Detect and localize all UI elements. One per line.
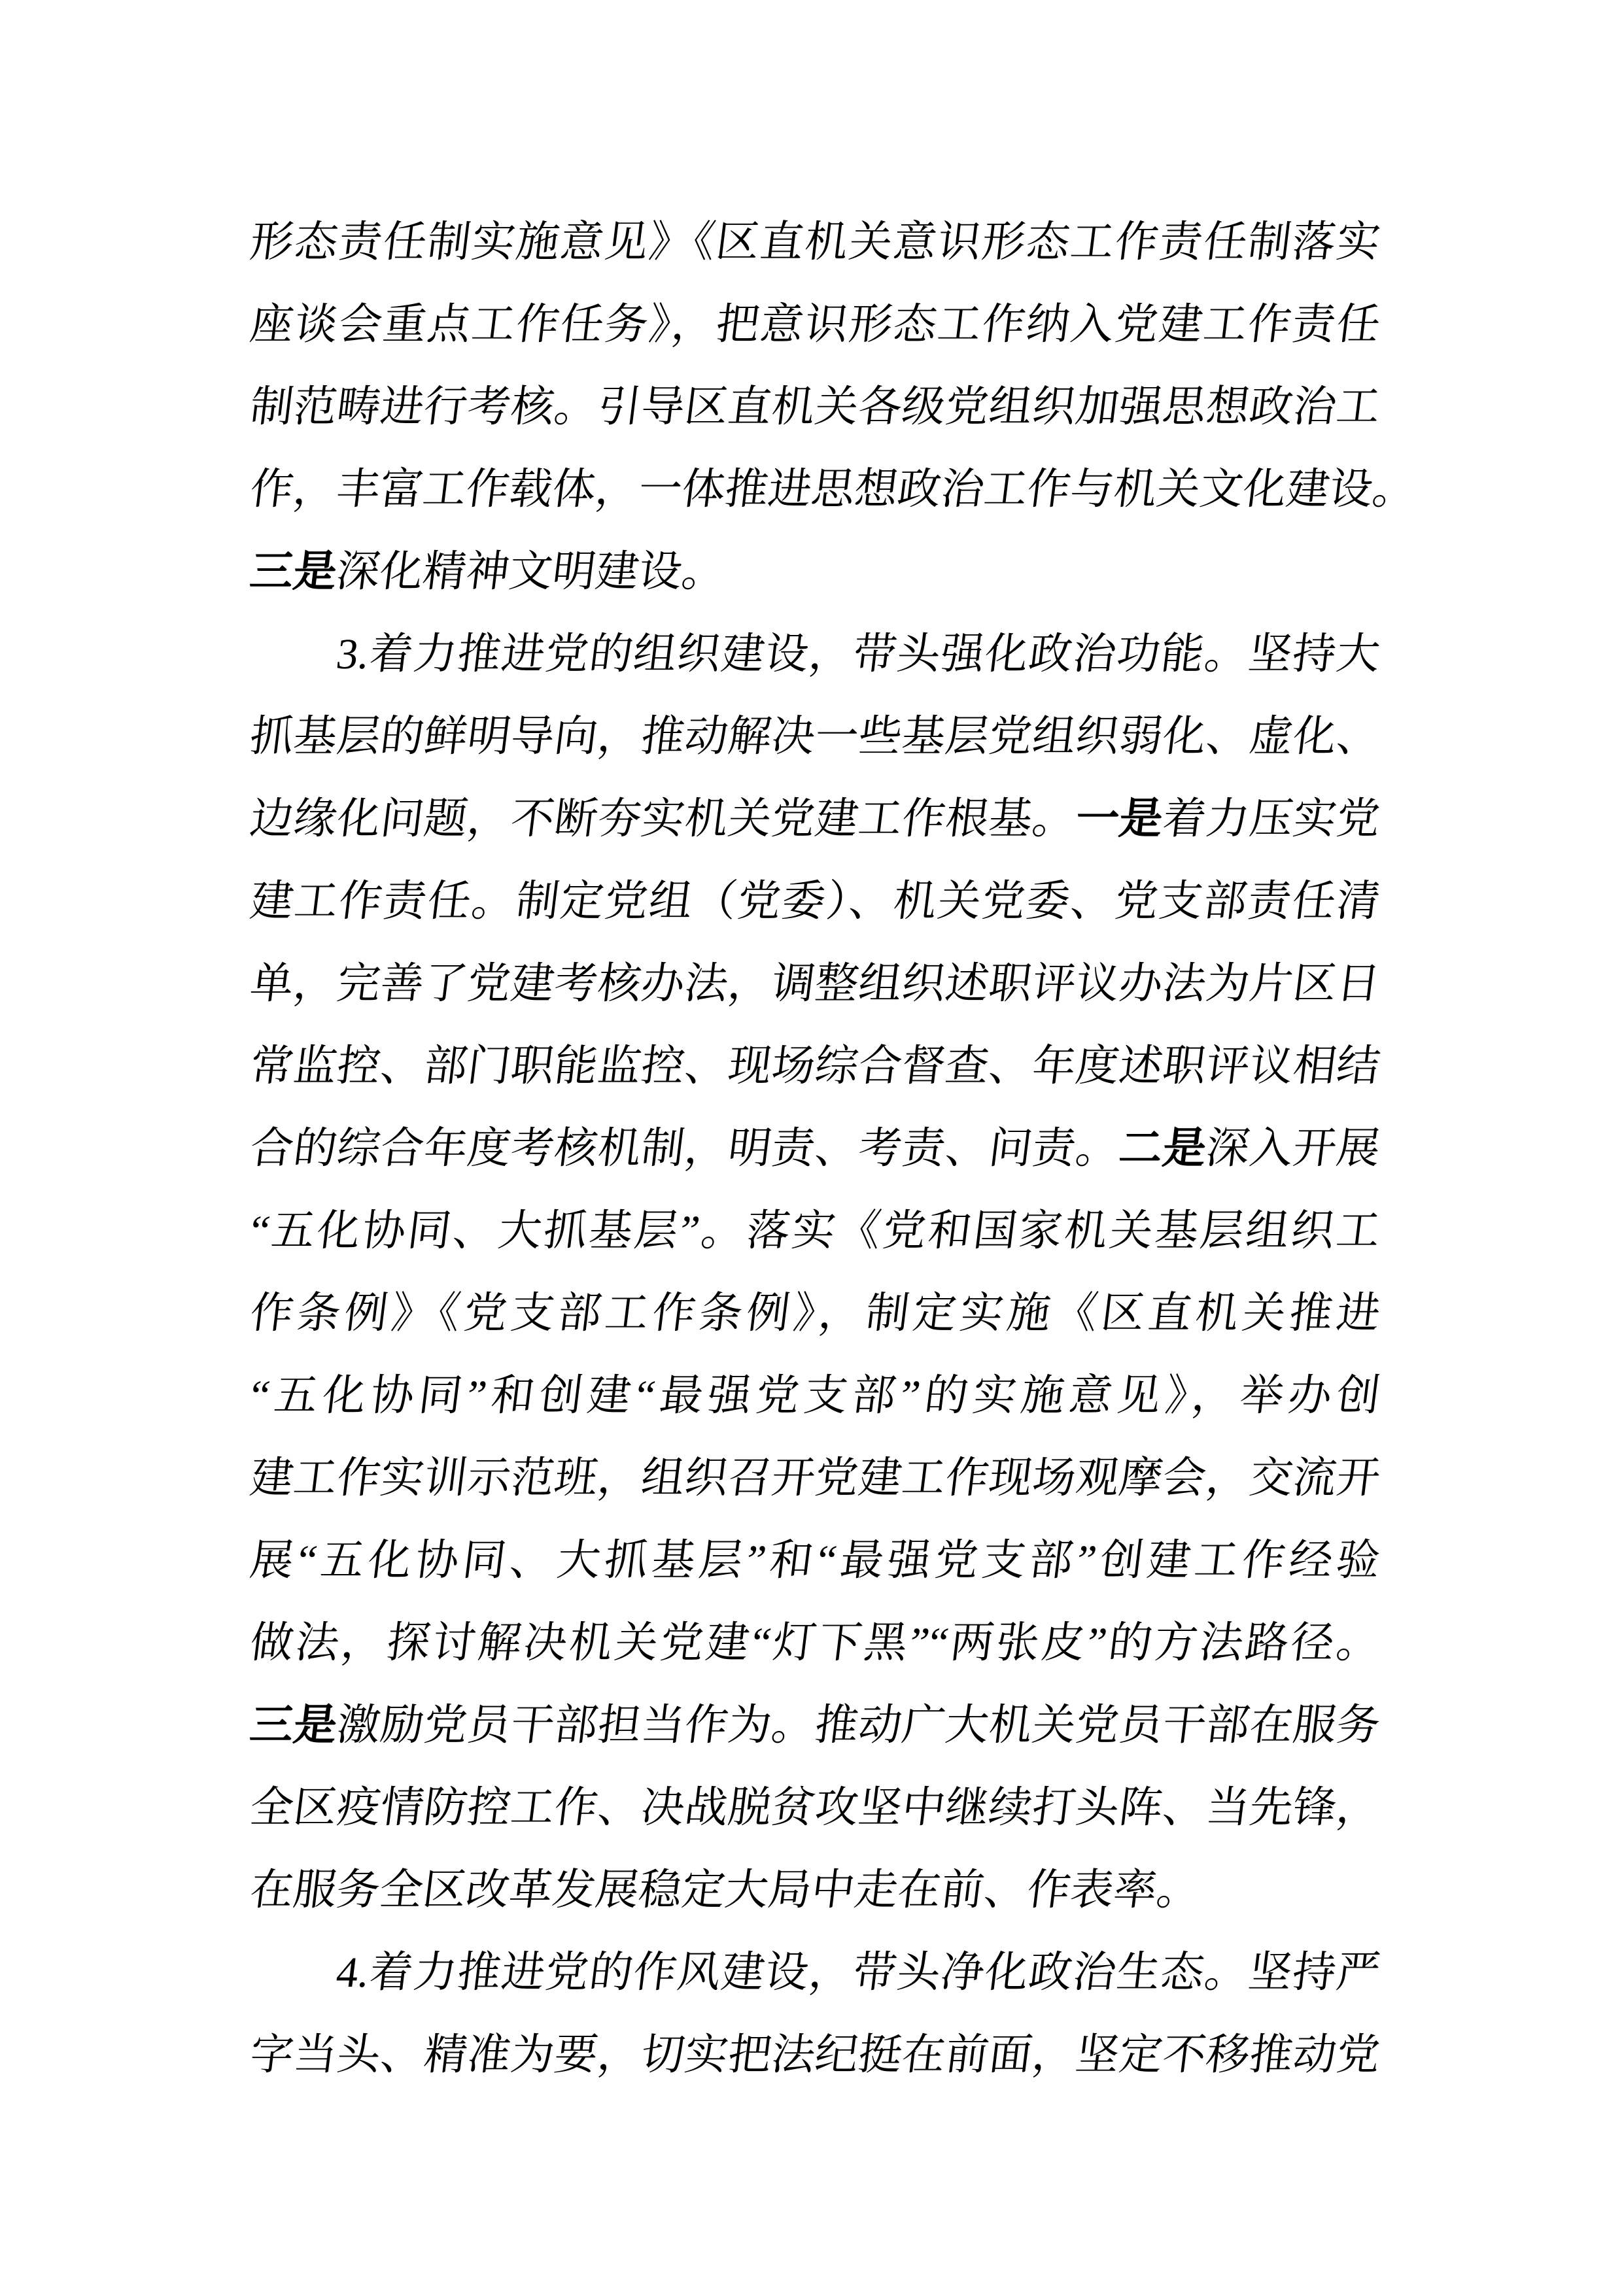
text-segment: 座谈会重点工作任务》，把意识形态工作纳入党建工作责任 <box>247 301 1383 349</box>
text-line: 建工作实训示范班，组织召开党建工作现场观摩会，交流开 <box>245 1437 1385 1520</box>
bold-text-segment: 一是 <box>1073 795 1166 843</box>
text-segment: 全区疫情防控工作、决战脱贫攻坚中继续打头阵、当先锋， <box>247 1784 1383 1832</box>
text-segment: 形态责任制实施意见》《区直机关意识形态工作责任制落实 <box>247 218 1383 266</box>
text-line: 建工作责任。制定党组（党委）、机关党委、党支部责任清 <box>245 861 1385 943</box>
text-line: 3.着力推进党的组织建设，带头强化政治功能。坚持大 <box>245 613 1385 696</box>
text-segment: 展“五化协同、大抓基层”和“最强党支部”创建工作经验 <box>247 1537 1383 1585</box>
text-segment: 常监控、部门职能监控、现场综合督查、年度述职评议相结 <box>247 1042 1383 1090</box>
text-line: 常监控、部门职能监控、现场综合督查、年度述职评议相结 <box>245 1025 1385 1108</box>
text-line: “五化协同”和创建“最强党支部”的实施意见》，举办创 <box>245 1355 1385 1437</box>
text-line: 形态责任制实施意见》《区直机关意识形态工作责任制落实 <box>245 201 1385 284</box>
text-segment: 字当头、精准为要，切实把法纪挺在前面，坚定不移推动党 <box>247 2031 1383 2079</box>
text-segment: 合的综合年度考核机制，明责、考责、问责。 <box>247 1125 1122 1173</box>
text-segment: 作，丰富工作载体，一体推进思想政治工作与机关文化建设。 <box>247 466 1419 513</box>
text-line: 三是深化精神文明建设。 <box>245 531 1385 613</box>
text-segment: “五化协同、大抓基层”。落实《党和国家机关基层组织工 <box>247 1207 1383 1255</box>
text-segment: 在服务全区改革发展稳定大局中走在前、作表率。 <box>247 1866 1203 1914</box>
text-line: 字当头、精准为要，切实把法纪挺在前面，坚定不移推动党 <box>245 2014 1385 2097</box>
text-line: “五化协同、大抓基层”。落实《党和国家机关基层组织工 <box>245 1190 1385 1273</box>
text-line: 全区疫情防控工作、决战脱贫攻坚中继续打头阵、当先锋， <box>245 1767 1385 1849</box>
text-segment: 着力压实党 <box>1160 795 1383 843</box>
text-segment: 单，完善了党建考核办法，调整组织述职评议办法为片区日 <box>247 960 1383 1008</box>
text-line: 在服务全区改革发展稳定大局中走在前、作表率。 <box>245 1849 1385 1932</box>
text-line: 展“五化协同、大抓基层”和“最强党支部”创建工作经验 <box>245 1520 1385 1602</box>
text-segment: 建工作责任。制定党组（党委）、机关党委、党支部责任清 <box>247 878 1383 925</box>
text-segment: 深化精神文明建设。 <box>334 548 728 596</box>
text-segment: 深入开展 <box>1203 1125 1383 1173</box>
text-line: 抓基层的鲜明导向，推动解决一些基层党组织弱化、虚化、 <box>245 696 1385 778</box>
document-page: 形态责任制实施意见》《区直机关意识形态工作责任制落实座谈会重点工作任务》，把意识… <box>0 0 1624 2296</box>
text-line: 边缘化问题，不断夯实机关党建工作根基。一是着力压实党 <box>245 778 1385 861</box>
text-line: 三是激励党员干部担当作为。推动广大机关党员干部在服务 <box>245 1685 1385 1767</box>
text-segment: 做法，探讨解决机关党建“灯下黑”“两张皮”的方法路径。 <box>247 1619 1383 1667</box>
text-line: 作条例》《党支部工作条例》，制定实施《区直机关推进 <box>245 1273 1385 1355</box>
text-segment: 制范畴进行考核。引导区直机关各级党组织加强思想政治工 <box>247 383 1383 431</box>
text-line: 制范畴进行考核。引导区直机关各级党组织加强思想政治工 <box>245 366 1385 449</box>
text-segment: 抓基层的鲜明导向，推动解决一些基层党组织弱化、虚化、 <box>247 713 1383 761</box>
document-body: 形态责任制实施意见》《区直机关意识形态工作责任制落实座谈会重点工作任务》，把意识… <box>247 201 1377 2097</box>
bold-text-segment: 二是 <box>1116 1125 1209 1173</box>
text-line: 做法，探讨解决机关党建“灯下黑”“两张皮”的方法路径。 <box>245 1602 1385 1685</box>
bold-text-segment: 三是 <box>247 1702 340 1749</box>
text-segment: 4.着力推进党的作风建设，带头净化政治生态。坚持严 <box>334 1949 1383 1996</box>
text-line: 作，丰富工作载体，一体推进思想政治工作与机关文化建设。 <box>245 449 1385 531</box>
text-line: 合的综合年度考核机制，明责、考责、问责。二是深入开展 <box>245 1108 1385 1190</box>
text-segment: 建工作实训示范班，组织召开党建工作现场观摩会，交流开 <box>247 1454 1383 1502</box>
text-segment: 作条例》《党支部工作条例》，制定实施《区直机关推进 <box>247 1290 1383 1337</box>
text-segment: “五化协同”和创建“最强党支部”的实施意见》，举办创 <box>247 1372 1383 1420</box>
text-segment: 3.着力推进党的组织建设，带头强化政治功能。坚持大 <box>334 630 1383 678</box>
text-line: 座谈会重点工作任务》，把意识形态工作纳入党建工作责任 <box>245 284 1385 366</box>
text-segment: 激励党员干部担当作为。推动广大机关党员干部在服务 <box>334 1702 1383 1749</box>
text-line: 单，完善了党建考核办法，调整组织述职评议办法为片区日 <box>245 943 1385 1025</box>
bold-text-segment: 三是 <box>247 548 339 596</box>
text-line: 4.着力推进党的作风建设，带头净化政治生态。坚持严 <box>245 1932 1385 2014</box>
text-segment: 边缘化问题，不断夯实机关党建工作根基。 <box>247 795 1079 843</box>
